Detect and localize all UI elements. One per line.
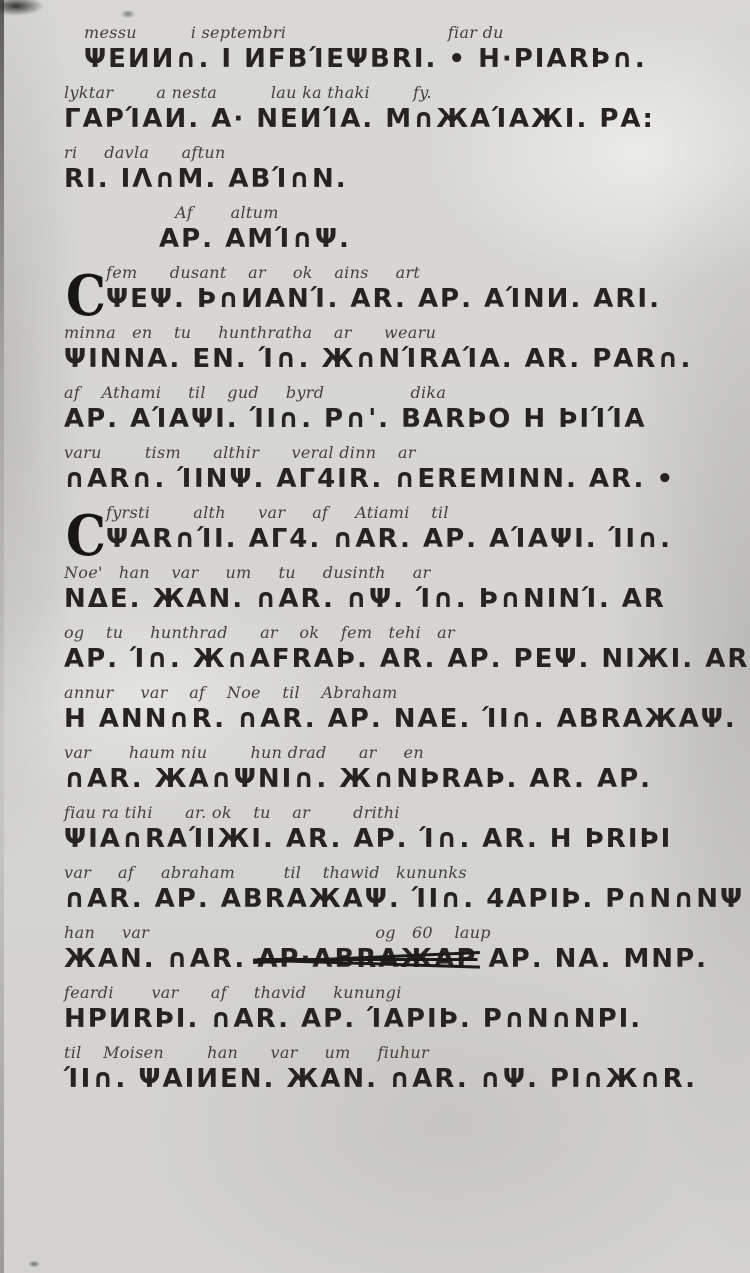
runic-line: Η ΑΝΝ∩R. ∩ΑR. ΑΡ. ΝΑΕ. ΊΙ∩. ΑΒRΑЖΑΨ.	[64, 702, 720, 736]
text-line: annur var af Noe til Abraham Η ΑΝΝ∩R. ∩Α…	[64, 684, 720, 736]
text-line: fiau ra tihi ar. ok tu ar drithi ΨΙΑ∩RΑΊ…	[64, 804, 720, 856]
runic-line: CΨΑR∩ΊΙ. ΑΓ4. ∩ΑR. ΑΡ. ΑΊΑΨΙ. ΊΙ∩.	[64, 522, 720, 556]
runic-line: ΝΔΕ. ЖΑΝ. ∩ΑR. ∩Ψ. Ί∩. Þ∩ΝΙΝΊ. ΑR	[64, 582, 720, 616]
runic-line: ∩ΑR∩. ΊΙΝΨ. ΑΓ4ΙR. ∩ΕRΕΜΙΝΝ. ΑR. •	[64, 462, 720, 496]
interlinear-gloss: han var og 60 laup	[64, 924, 720, 942]
text-line: han var og 60 laup ЖΑΝ. ∩ΑR. ΑΡ·ΑΒRΑЖΑΡ …	[64, 924, 720, 976]
interlinear-gloss: minna en tu hunthratha ar wearu	[64, 324, 720, 342]
text-block: messu i septembri fiar du ΨΕИИ∩. Ι ИFΒΊΕ…	[64, 24, 720, 1104]
text-line: og tu hunthrad ar ok fem tehi ar ΑΡ. Ί∩.…	[64, 624, 720, 676]
runic-line: ΓΑΡΊΑИ. Α· ΝΕИΊΑ. Μ∩ЖΑΊΑЖΙ. ΡΑ:	[64, 102, 720, 136]
struck-text: ΑΡ·ΑΒRΑЖΑΡ	[257, 944, 477, 974]
runic-line: ΊΙ∩. ΨΑΙИΕΝ. ЖΑΝ. ∩ΑR. ∩Ψ. ΡΙ∩Ж∩R.	[64, 1062, 720, 1096]
runic-line: ΑΡ. ΑΜΊ∩Ψ.	[159, 222, 720, 256]
interlinear-gloss: fyrsti alth var af Atiami til	[106, 504, 720, 522]
paragraph-initial: C	[66, 286, 100, 306]
text-line: lyktar a nesta lau ka thaki fy. ΓΑΡΊΑИ. …	[64, 84, 720, 136]
text-line: fyrsti alth var af Atiami til CΨΑR∩ΊΙ. Α…	[64, 504, 720, 556]
runic-line: ΨΙΑ∩RΑΊΙЖΙ. ΑR. ΑΡ. Ί∩. ΑR. Η ÞRΙÞΙ	[64, 822, 720, 856]
text-line: varu tism althir veral dinn ar ∩ΑR∩. ΊΙΝ…	[64, 444, 720, 496]
text-line: fem dusant ar ok ains art CΨΕΨ. Þ∩ИΑΝΊ. …	[64, 264, 720, 316]
text-line: minna en tu hunthratha ar wearu ΨΙΝΝΑ. Ε…	[64, 324, 720, 376]
interlinear-gloss: og tu hunthrad ar ok fem tehi ar	[64, 624, 720, 642]
runic-text: ΨΕΨ. Þ∩ИΑΝΊ. ΑR. ΑΡ. ΑΊΝИ. ΑRΙ.	[106, 284, 661, 314]
interlinear-gloss: messu i septembri fiar du	[84, 24, 720, 42]
text-line: ri davla aftun RΙ. ΙΛ∩Μ. ΑΒΊ∩Ν.	[64, 144, 720, 196]
runic-line: ΑΡ. Ί∩. Ж∩ΑFRΑÞ. ΑR. ΑΡ. ΡΕΨ. ΝΙЖΙ. ΑRΕ	[64, 642, 720, 676]
page-edge-shadow	[0, 0, 4, 1273]
runic-line: ΗΡИRÞΙ. ∩ΑR. ΑΡ. ΊΑΡΙÞ. Ρ∩Ν∩ΝΡΙ.	[64, 1002, 720, 1036]
text-line: var haum niu hun drad ar en ∩ΑR. ЖΑ∩ΨΝΙ∩…	[64, 744, 720, 796]
text-line: feardi var af thavid kunungi ΗΡИRÞΙ. ∩ΑR…	[64, 984, 720, 1036]
runic-line: ΨΕИИ∩. Ι ИFΒΊΕΨΒRΙ. • Η·ΡΙΑRÞ∩.	[84, 42, 720, 76]
runic-text: ΑΡ. ΝΑ. ΜΝΡ.	[477, 944, 708, 974]
interlinear-gloss: feardi var af thavid kunungi	[64, 984, 720, 1002]
text-line: var af abraham til thawid kununks ∩ΑR. Α…	[64, 864, 720, 916]
text-line: Noe' han var um tu dusinth ar ΝΔΕ. ЖΑΝ. …	[64, 564, 720, 616]
interlinear-gloss: lyktar a nesta lau ka thaki fy.	[64, 84, 720, 102]
runic-line: ∩ΑR. ΑΡ. ΑΒRΑЖΑΨ. ΊΙ∩. 4ΑΡΙÞ. Ρ∩Ν∩ΝΨ	[64, 882, 720, 916]
runic-line: ∩ΑR. ЖΑ∩ΨΝΙ∩. Ж∩ΝÞRΑÞ. ΑR. ΑΡ.	[64, 762, 720, 796]
interlinear-gloss: Noe' han var um tu dusinth ar	[64, 564, 720, 582]
interlinear-gloss: var af abraham til thawid kununks	[64, 864, 720, 882]
runic-line: RΙ. ΙΛ∩Μ. ΑΒΊ∩Ν.	[64, 162, 720, 196]
interlinear-gloss: fiau ra tihi ar. ok tu ar drithi	[64, 804, 720, 822]
text-line: Af altum ΑΡ. ΑΜΊ∩Ψ.	[64, 204, 720, 256]
interlinear-gloss: fem dusant ar ok ains art	[106, 264, 720, 282]
runic-line: ЖΑΝ. ∩ΑR. ΑΡ·ΑΒRΑЖΑΡ ΑΡ. ΝΑ. ΜΝΡ.	[64, 942, 720, 976]
interlinear-gloss: til Moisen han var um fiuhur	[64, 1044, 720, 1062]
interlinear-gloss: var haum niu hun drad ar en	[64, 744, 720, 762]
interlinear-gloss: af Athami til gud byrd dika	[64, 384, 720, 402]
runic-line: ΑΡ. ΑΊΑΨΙ. ΊΙ∩. Ρ∩'. ΒΑRÞΟ Η ÞΙΊΊΑ	[64, 402, 720, 436]
manuscript-page: messu i septembri fiar du ΨΕИИ∩. Ι ИFΒΊΕ…	[0, 0, 750, 1273]
text-line: messu i septembri fiar du ΨΕИИ∩. Ι ИFΒΊΕ…	[64, 24, 720, 76]
text-line: af Athami til gud byrd dika ΑΡ. ΑΊΑΨΙ. Ί…	[64, 384, 720, 436]
text-line: til Moisen han var um fiuhur ΊΙ∩. ΨΑΙИΕΝ…	[64, 1044, 720, 1096]
interlinear-gloss: Af altum	[159, 204, 720, 222]
interlinear-gloss: ri davla aftun	[64, 144, 720, 162]
interlinear-gloss: varu tism althir veral dinn ar	[64, 444, 720, 462]
runic-text: ΨΑR∩ΊΙ. ΑΓ4. ∩ΑR. ΑΡ. ΑΊΑΨΙ. ΊΙ∩.	[106, 524, 672, 554]
runic-line: CΨΕΨ. Þ∩ИΑΝΊ. ΑR. ΑΡ. ΑΊΝИ. ΑRΙ.	[64, 282, 720, 316]
interlinear-gloss: annur var af Noe til Abraham	[64, 684, 720, 702]
paragraph-initial: C	[66, 526, 100, 546]
runic-line: ΨΙΝΝΑ. ΕΝ. Ί∩. Ж∩ΝΊRΑΊΑ. ΑR. ΡΑR∩.	[64, 342, 720, 376]
runic-text: ЖΑΝ. ∩ΑR.	[64, 944, 257, 974]
